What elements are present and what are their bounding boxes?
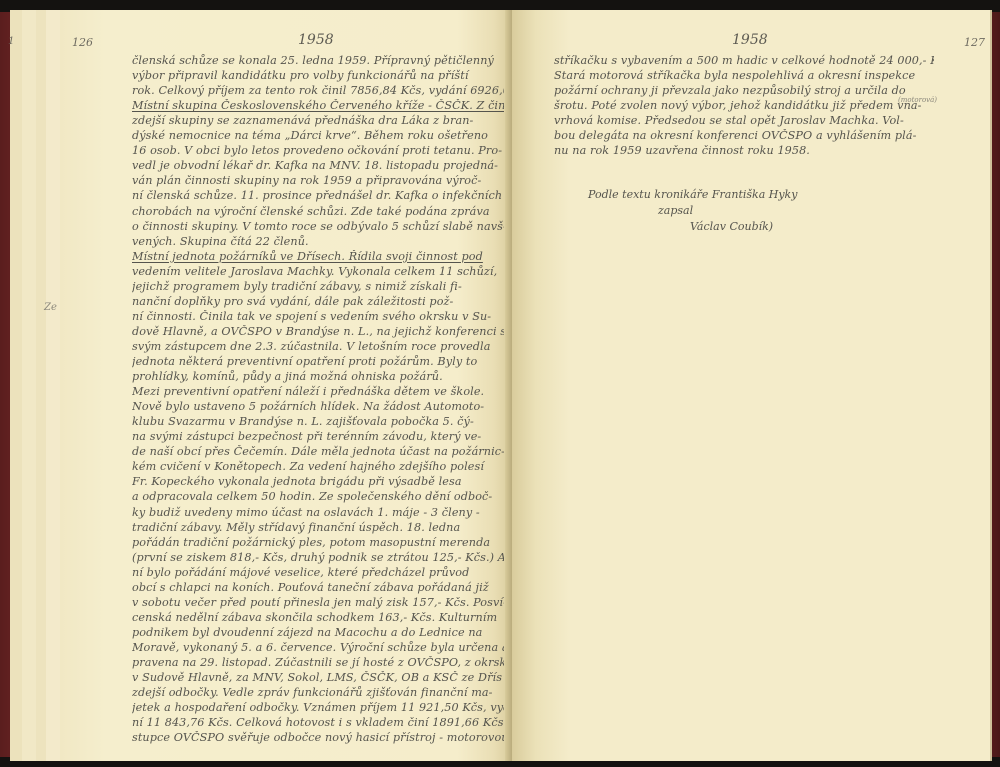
text-line: svým zástupcem dne 2.3. zúčastnila. V le… bbox=[132, 340, 504, 353]
text-line: chorobách na výroční členské schůzi. Zde… bbox=[132, 205, 504, 218]
text-line: na svými zástupci bezpečnost při terénní… bbox=[132, 430, 504, 443]
text-line: ní činnosti. Činila tak ve spojení s ved… bbox=[132, 310, 504, 323]
right-page: 1958 127 (motorová) stříkačku s vybavení… bbox=[512, 10, 992, 761]
text-line: Nově bylo ustaveno 5 požárních hlídek. N… bbox=[132, 400, 504, 413]
signature-line-2: zapsal bbox=[658, 204, 693, 217]
text-line: vených. Skupina čítá 22 členů. bbox=[132, 235, 504, 248]
text-line: jejichž programem byly tradiční zábavy, … bbox=[132, 280, 504, 293]
text-line: bou delegáta na okresní konferenci OVČSP… bbox=[554, 129, 934, 142]
text-line: rok. Celkový příjem za tento rok činil 7… bbox=[132, 84, 504, 97]
text-line: v sobotu večer před poutí přinesla jen m… bbox=[132, 596, 504, 609]
signature-line-3: Václav Coubík) bbox=[690, 220, 773, 233]
text-line: pravena na 29. listopad. Zúčastnili se j… bbox=[132, 656, 504, 669]
text-line: dově Hlavně, a OVČSPO v Brandýse n. L., … bbox=[132, 325, 504, 338]
page-number: 127 bbox=[964, 36, 985, 49]
text-line: obcí s chlapci na koních. Pouťová tanečn… bbox=[132, 581, 504, 594]
text-line: ní 11 843,76 Kčs. Celková hotovost i s v… bbox=[132, 716, 504, 729]
text-line: kém cvičení v Konětopech. Za vedení hajn… bbox=[132, 460, 504, 473]
text-line: šrotu. Poté zvolen nový výbor, jehož kan… bbox=[554, 99, 934, 112]
text-line: 16 osob. V obci bylo letos provedeno očk… bbox=[132, 144, 504, 157]
text-line: Fr. Kopeckého vykonala jednota brigádu p… bbox=[132, 475, 504, 488]
text-line: Místní jednota požárníků ve Dřísech. Říd… bbox=[132, 250, 504, 263]
text-line: ky budiž uvedeny mimo účast na oslavách … bbox=[132, 506, 504, 519]
text-line: Mezi preventivní opatření náleží i předn… bbox=[132, 385, 504, 398]
text-line: podnikem byl dvoudenní zájezd na Macochu… bbox=[132, 626, 504, 639]
text-line: ní členská schůze. 11. prosince přednáše… bbox=[132, 189, 504, 202]
text-line: vedl je obvodní lékař dr. Kafka na MNV. … bbox=[132, 159, 504, 172]
text-line: klubu Svazarmu v Brandýse n. L. zajišťov… bbox=[132, 415, 504, 428]
text-line: v Sudově Hlavně, za MNV, Sokol, LMS, ČSČ… bbox=[132, 671, 504, 684]
text-line: jednota některá preventivní opatření pro… bbox=[132, 355, 504, 368]
text-line: prohlídky, komínů, půdy a jiná možná ohn… bbox=[132, 370, 504, 383]
text-line: (první se ziskem 818,- Kčs, druhý podnik… bbox=[132, 551, 504, 564]
text-line: vedením velitele Jaroslava Machky. Vykon… bbox=[132, 265, 504, 278]
signature-line-1: Podle textu kronikáře Františka Hyky bbox=[588, 188, 797, 201]
text-line: ván plán činnosti skupiny na rok 1959 a … bbox=[132, 174, 504, 187]
page-year: 1958 bbox=[732, 32, 768, 48]
margin-note: Ze bbox=[44, 302, 57, 313]
text-line: nanční doplňky pro svá vydání, dále pak … bbox=[132, 295, 504, 308]
left-page: 1 126 1958 Ze členská schůze se konala 2… bbox=[60, 10, 512, 761]
text-line: Místní skupina Československého Červenéh… bbox=[132, 99, 504, 112]
text-line: ní bylo pořádání májové veselice, které … bbox=[132, 566, 504, 579]
text-line: jetek a hospodaření odbočky. Vznámen pří… bbox=[132, 701, 504, 714]
text-line: Stará motorová stříkačka byla nespolehli… bbox=[554, 69, 934, 82]
text-line: stupce OVČSPO svěřuje odbočce nový hasic… bbox=[132, 731, 504, 744]
text-line: a odpracovala celkem 50 hodin. Ze společ… bbox=[132, 490, 504, 503]
text-line: výbor připravil kandidátku pro volby fun… bbox=[132, 69, 504, 82]
text-line: o činnosti skupiny. V tomto roce se odbý… bbox=[132, 220, 504, 233]
text-line: Moravě, vykonaný 5. a 6. července. Výroč… bbox=[132, 641, 504, 654]
text-line: zdejší skupiny se zaznamenává přednáška … bbox=[132, 114, 504, 127]
text-line: požární ochrany ji převzala jako nezpůso… bbox=[554, 84, 934, 97]
text-line: nu na rok 1959 uzavřena činnost roku 195… bbox=[554, 144, 934, 157]
page-mark: 1 bbox=[8, 36, 14, 47]
text-line: dýské nemocnice na téma „Dárci krve“. Bě… bbox=[132, 129, 504, 142]
text-line: tradiční zábavy. Měly střídavý finanční … bbox=[132, 521, 504, 534]
page-number: 126 bbox=[72, 36, 93, 49]
text-line: pořádán tradiční požárnický ples, potom … bbox=[132, 536, 504, 549]
text-line: vrhová komise. Předsedou se stal opět Ja… bbox=[554, 114, 934, 127]
page-year: 1958 bbox=[298, 32, 334, 48]
text-line: členská schůze se konala 25. ledna 1959.… bbox=[132, 54, 504, 67]
text-line: stříkačku s vybavením a 500 m hadic v ce… bbox=[554, 54, 934, 67]
text-line: censká nedělní zábava skončila schodkem … bbox=[132, 611, 504, 624]
text-line: de naší obcí přes Čečemín. Dále měla jed… bbox=[132, 445, 504, 458]
text-line: zdejší odbočky. Vedle zpráv funkcionářů … bbox=[132, 686, 504, 699]
